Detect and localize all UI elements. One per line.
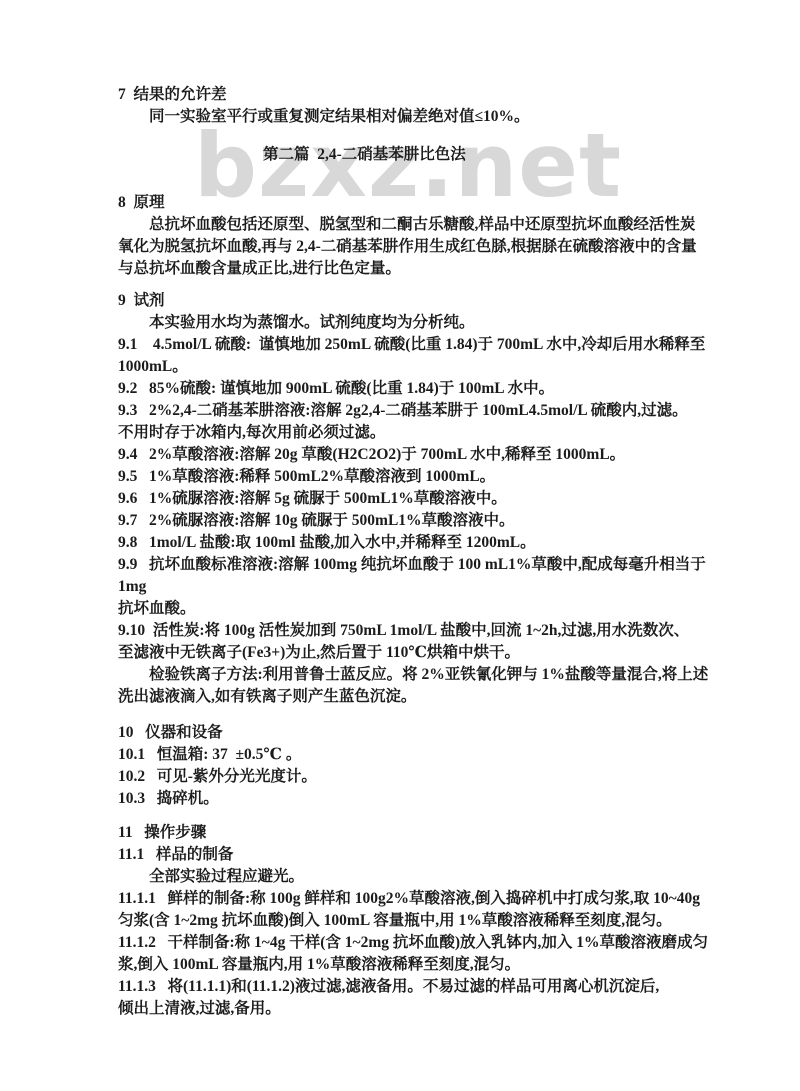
- clause-7-body: 同一实验室平行或重复测定结果相对偏差绝对值≤10%。: [118, 106, 738, 128]
- clause-9-1-cont: 1000mL。: [118, 356, 738, 378]
- clause-11-1-1: 11.1.1 鲜样的制备:称 100g 鲜样和 100g2%草酸溶液,倒入捣碎机…: [118, 888, 738, 910]
- clause-9-9-cont-1: 1mg: [118, 576, 738, 598]
- heading-section-11: 11 操作步骤: [118, 822, 738, 844]
- clause-9-10-note-1: 检验铁离子方法:利用普鲁士蓝反应。将 2%亚铁氰化钾与 1%盐酸等量混合,将上述: [118, 664, 738, 686]
- clause-9-2: 9.2 85%硫酸: 谨慎地加 900mL 硫酸(比重 1.84)于 100mL…: [118, 378, 738, 400]
- clause-8-line-1: 总抗坏血酸包括还原型、脱氢型和二酮古乐糖酸,样品中还原型抗坏血酸经活性炭: [118, 214, 738, 236]
- clause-9-3: 9.3 2%2,4-二硝基苯肼溶液:溶解 2g2,4-二硝基苯肼于 100mL4…: [118, 400, 738, 422]
- document-page: bzxz.net 7 结果的允许差 同一实验室平行或重复测定结果相对偏差绝对值≤…: [0, 0, 800, 1091]
- clause-11-1-note: 全部实验过程应避光。: [118, 866, 738, 888]
- clause-8-line-3: 与总抗坏血酸含量成正比,进行比色定量。: [118, 258, 738, 280]
- clause-9-8: 9.8 1mol/L 盐酸:取 100ml 盐酸,加入水中,并稀释至 1200m…: [118, 532, 738, 554]
- clause-9-10: 9.10 活性炭:将 100g 活性炭加到 750mL 1mol/L 盐酸中,回…: [118, 620, 738, 642]
- clause-11-1-3-cont: 倾出上清液,过滤,备用。: [118, 998, 738, 1020]
- clause-9-5: 9.5 1%草酸溶液:稀释 500mL2%草酸溶液到 1000mL。: [118, 466, 738, 488]
- clause-9-9-cont-2: 抗坏血酸。: [118, 598, 738, 620]
- clause-9-3-cont: 不用时存于冰箱内,每次用前必须过滤。: [118, 422, 738, 444]
- heading-section-7: 7 结果的允许差: [118, 84, 738, 106]
- clause-11-1-3: 11.1.3 将(11.1.1)和(11.1.2)液过滤,滤液备用。不易过滤的样…: [118, 976, 738, 998]
- document-content: 7 结果的允许差 同一实验室平行或重复测定结果相对偏差绝对值≤10%。 第二篇 …: [118, 84, 738, 1020]
- heading-section-10: 10 仪器和设备: [118, 722, 738, 744]
- clause-9-10-cont: 至滤液中无铁离子(Fe3+)为止,然后置于 110℃烘箱中烘干。: [118, 642, 738, 664]
- clause-8-line-2: 氧化为脱氢抗坏血酸,再与 2,4-二硝基苯肼作用生成红色脎,根据脎在硫酸溶液中的…: [118, 236, 738, 258]
- heading-clause-11-1: 11.1 样品的制备: [118, 844, 738, 866]
- clause-9-4: 9.4 2%草酸溶液:溶解 20g 草酸(H2C2O2)于 700mL 水中,稀…: [118, 444, 738, 466]
- clause-11-1-2-cont: 浆,倒入 100mL 容量瓶内,用 1%草酸溶液稀释至刻度,混匀。: [118, 954, 738, 976]
- clause-9-9: 9.9 抗坏血酸标准溶液:溶解 100mg 纯抗坏血酸于 100 mL1%草酸中…: [118, 554, 738, 576]
- clause-11-1-2: 11.1.2 干样制备:称 1~4g 干样(含 1~2mg 抗坏血酸)放入乳钵内…: [118, 932, 738, 954]
- clause-9-intro: 本实验用水均为蒸馏水。试剂纯度均为分析纯。: [118, 312, 738, 334]
- clause-11-1-1-cont: 匀浆(含 1~2mg 抗坏血酸)倒入 100mL 容量瓶中,用 1%草酸溶液稀释…: [118, 910, 738, 932]
- clause-10-2: 10.2 可见-紫外分光光度计。: [118, 766, 738, 788]
- heading-section-8: 8 原理: [118, 192, 738, 214]
- clause-10-1: 10.1 恒温箱: 37 ±0.5℃ 。: [118, 744, 738, 766]
- clause-9-7: 9.7 2%硫脲溶液:溶解 10g 硫脲于 500mL1%草酸溶液中。: [118, 510, 738, 532]
- part-2-title: 第二篇 2,4-二硝基苯肼比色法: [118, 144, 738, 166]
- clause-10-3: 10.3 捣碎机。: [118, 788, 738, 810]
- heading-section-9: 9 试剂: [118, 290, 738, 312]
- clause-9-1: 9.1 4.5mol/L 硫酸: 谨慎地加 250mL 硫酸(比重 1.84)于…: [118, 334, 738, 356]
- clause-9-6: 9.6 1%硫脲溶液:溶解 5g 硫脲于 500mL1%草酸溶液中。: [118, 488, 738, 510]
- clause-9-10-note-2: 洗出滤液滴入,如有铁离子则产生蓝色沉淀。: [118, 686, 738, 708]
